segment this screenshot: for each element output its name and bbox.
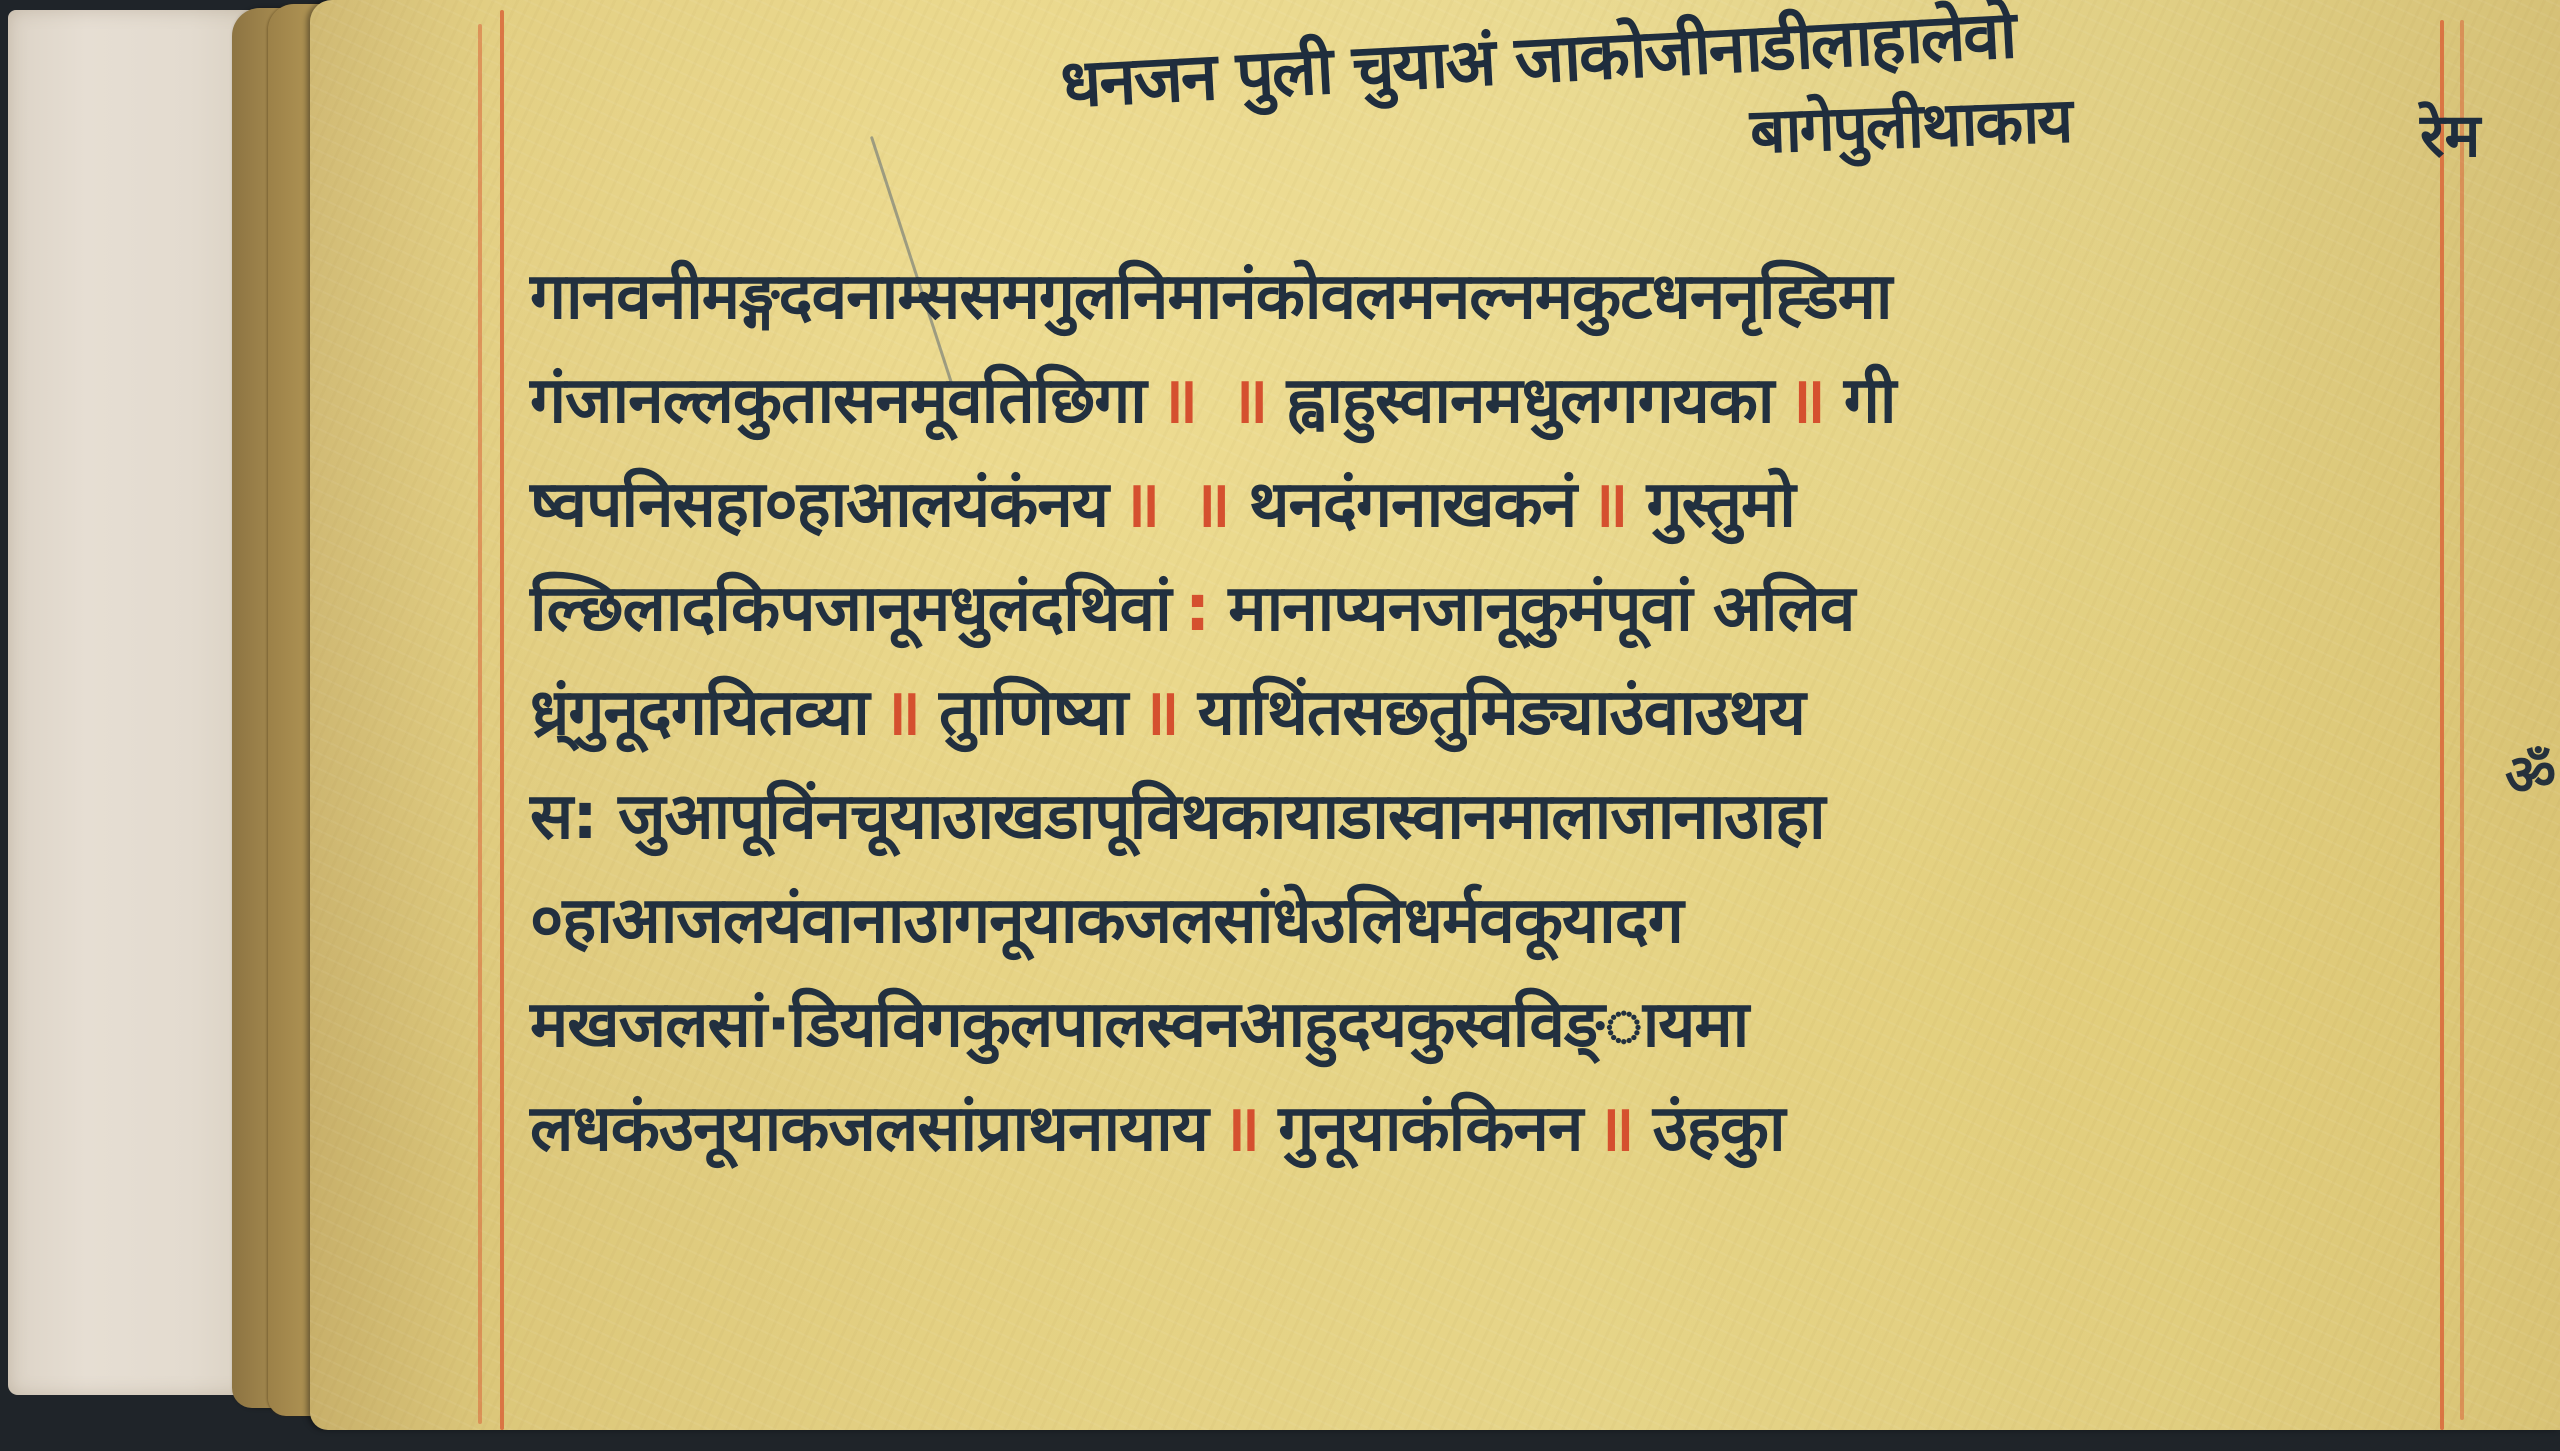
- line-text: ष्वपनिसहा०हाआलयंकंनय: [530, 468, 1108, 542]
- manuscript-line: ध्र्ंगुनूदगयितव्या॥तुाणिष्या॥याथिंतसछतुम…: [530, 661, 2440, 765]
- red-danda-mark: ॥: [1222, 1077, 1264, 1181]
- line-text: गंजानल्लकुतासनमूवतिछिगा: [530, 364, 1146, 438]
- red-danda-mark: ॥: [1192, 453, 1234, 557]
- manuscript-line: लधकंउनूयाकजलसांप्राथनायाय॥गुनूयाकंकिनन॥उ…: [530, 1077, 2440, 1181]
- manuscript-body: गानवनीमङ्गदवनाम्ससमगुलनिमानंकोवलमनल्नमकु…: [530, 245, 2440, 1181]
- line-text: गी: [1844, 364, 1896, 438]
- red-danda-mark: ॥: [1230, 349, 1272, 453]
- manuscript-line: ल्छिलादकिपजानूमधुलंदथिवां:मानाप्यनजानूकु…: [530, 557, 2440, 661]
- line-text: उंहकुा: [1653, 1092, 1785, 1166]
- line-text: ह्वाहुस्वानमधुलगगयका: [1287, 364, 1774, 438]
- line-text: थनदंगनाखकनं: [1249, 468, 1577, 542]
- red-margin-rule-left-inner: [500, 10, 504, 1430]
- red-danda-mark: ॥: [1590, 453, 1632, 557]
- red-danda-mark: :: [1185, 557, 1215, 661]
- manuscript-line: स: जुआपूविंनचूयाउाखडापूविथकायाडास्वानमाल…: [530, 765, 2440, 869]
- line-text: ल्छिलादकिपजानूमधुलंदथिवां: [530, 572, 1171, 646]
- red-danda-mark: ॥: [1141, 661, 1183, 765]
- line-text: मखजलसां·डियविगकुलपालस्वनआहुदयकुस्वविङ्ाय…: [530, 988, 1748, 1062]
- red-danda-mark: ॥: [883, 661, 925, 765]
- red-danda-mark: ॥: [1160, 349, 1202, 453]
- line-text: गुनूयाकंकिनन: [1278, 1092, 1582, 1166]
- line-text: लधकंउनूयाकजलसांप्राथनायाय: [530, 1092, 1208, 1166]
- line-text: स: जुआपूविंनचूयाउाखडापूविथकायाडास्वानमाल…: [530, 780, 1825, 854]
- line-text: ध्र्ंगुनूदगयितव्या: [530, 676, 869, 750]
- red-margin-rule-right-outer: [2460, 20, 2464, 1420]
- line-text: ०हाआजलयंवानाउागनूयाकजलसांधेउलिधर्मवकूयाद…: [530, 884, 1683, 958]
- line-text: गुस्तुमो: [1647, 468, 1795, 542]
- red-danda-mark: ॥: [1787, 349, 1829, 453]
- red-danda-mark: ॥: [1596, 1077, 1638, 1181]
- manuscript-line: ष्वपनिसहा०हाआलयंकंनय॥॥थनदंगनाखकनं॥गुस्तु…: [530, 453, 2440, 557]
- line-text: याथिंतसछतुमिङ्याउंवाउथय: [1198, 676, 1805, 750]
- line-text: मानाप्यनजानूकुमंपूवां अलिव: [1228, 572, 1854, 646]
- red-danda-mark: ॥: [1122, 453, 1164, 557]
- header-right-mark: रेम: [2420, 92, 2480, 174]
- line-text: तुाणिष्या: [939, 676, 1127, 750]
- manuscript-line: गानवनीमङ्गदवनाम्ससमगुलनिमानंकोवलमनल्नमकु…: [530, 245, 2440, 349]
- manuscript-page: धनजन पुली चुयाअं जाकोजीनाडीलाहालेवो बागे…: [310, 0, 2560, 1430]
- header-line-2: बागेपुलीथाकाय: [1749, 76, 2073, 171]
- blank-paper-sheet: [8, 10, 268, 1395]
- red-margin-rule-right-inner: [2440, 20, 2444, 1430]
- red-margin-rule-left-outer: [478, 24, 482, 1424]
- manuscript-line: ०हाआजलयंवानाउागनूयाकजलसांधेउलिधर्मवकूयाद…: [530, 869, 2440, 973]
- manuscript-photo: धनजन पुली चुयाअं जाकोजीनाडीलाहालेवो बागे…: [0, 0, 2560, 1451]
- manuscript-line: गंजानल्लकुतासनमूवतिछिगा॥॥ह्वाहुस्वानमधुल…: [530, 349, 2440, 453]
- line-text: गानवनीमङ्गदवनाम्ससमगुलनिमानंकोवलमनल्नमकु…: [530, 260, 1891, 334]
- manuscript-line: मखजलसां·डियविगकुलपालस्वनआहुदयकुस्वविङ्ाय…: [530, 973, 2440, 1077]
- folio-margin-mark: ॐ: [2505, 735, 2556, 811]
